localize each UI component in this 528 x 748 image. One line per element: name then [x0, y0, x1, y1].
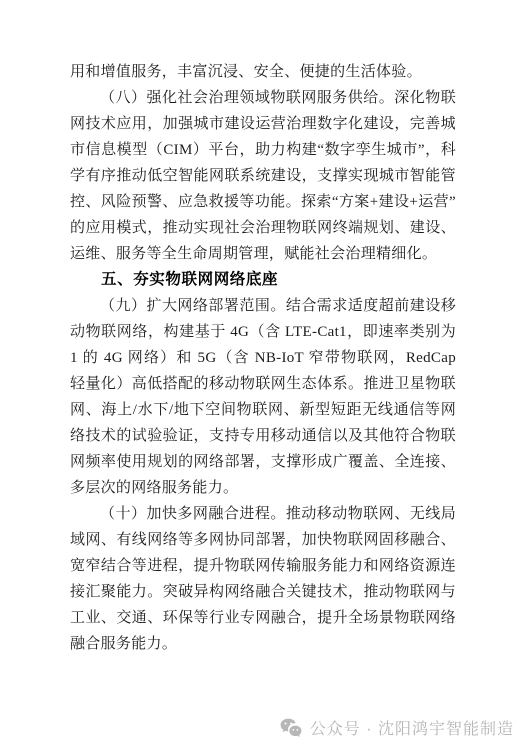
paragraph-continuation: 用和增值服务，丰富沉浸、安全、便捷的生活体验。	[70, 59, 456, 85]
document-body: 用和增值服务，丰富沉浸、安全、便捷的生活体验。 （八）强化社会治理领域物联网服务…	[70, 59, 456, 657]
paragraph-item-9: （九）扩大网络部署范围。结合需求适度超前建设移动物联网络，构建基于 4G（含 L…	[70, 293, 456, 501]
paragraph-item-8: （八）强化社会治理领域物联网服务供给。深化物联网技术应用，加强城市建设运营治理数…	[70, 85, 456, 267]
paragraph-item-10: （十）加快多网融合进程。推动移动物联网、无线局域网、有线网络等多网协同部署，加快…	[70, 501, 456, 657]
document-page: 用和增值服务，丰富沉浸、安全、便捷的生活体验。 （八）强化社会治理领域物联网服务…	[0, 0, 528, 748]
wechat-icon	[279, 717, 303, 738]
section-heading: 五、夯实物联网网络底座	[70, 267, 456, 293]
watermark-label: 公众号 · 沈阳鸿宇智能制造	[310, 716, 514, 739]
wechat-watermark: 公众号 · 沈阳鸿宇智能制造	[279, 716, 514, 739]
